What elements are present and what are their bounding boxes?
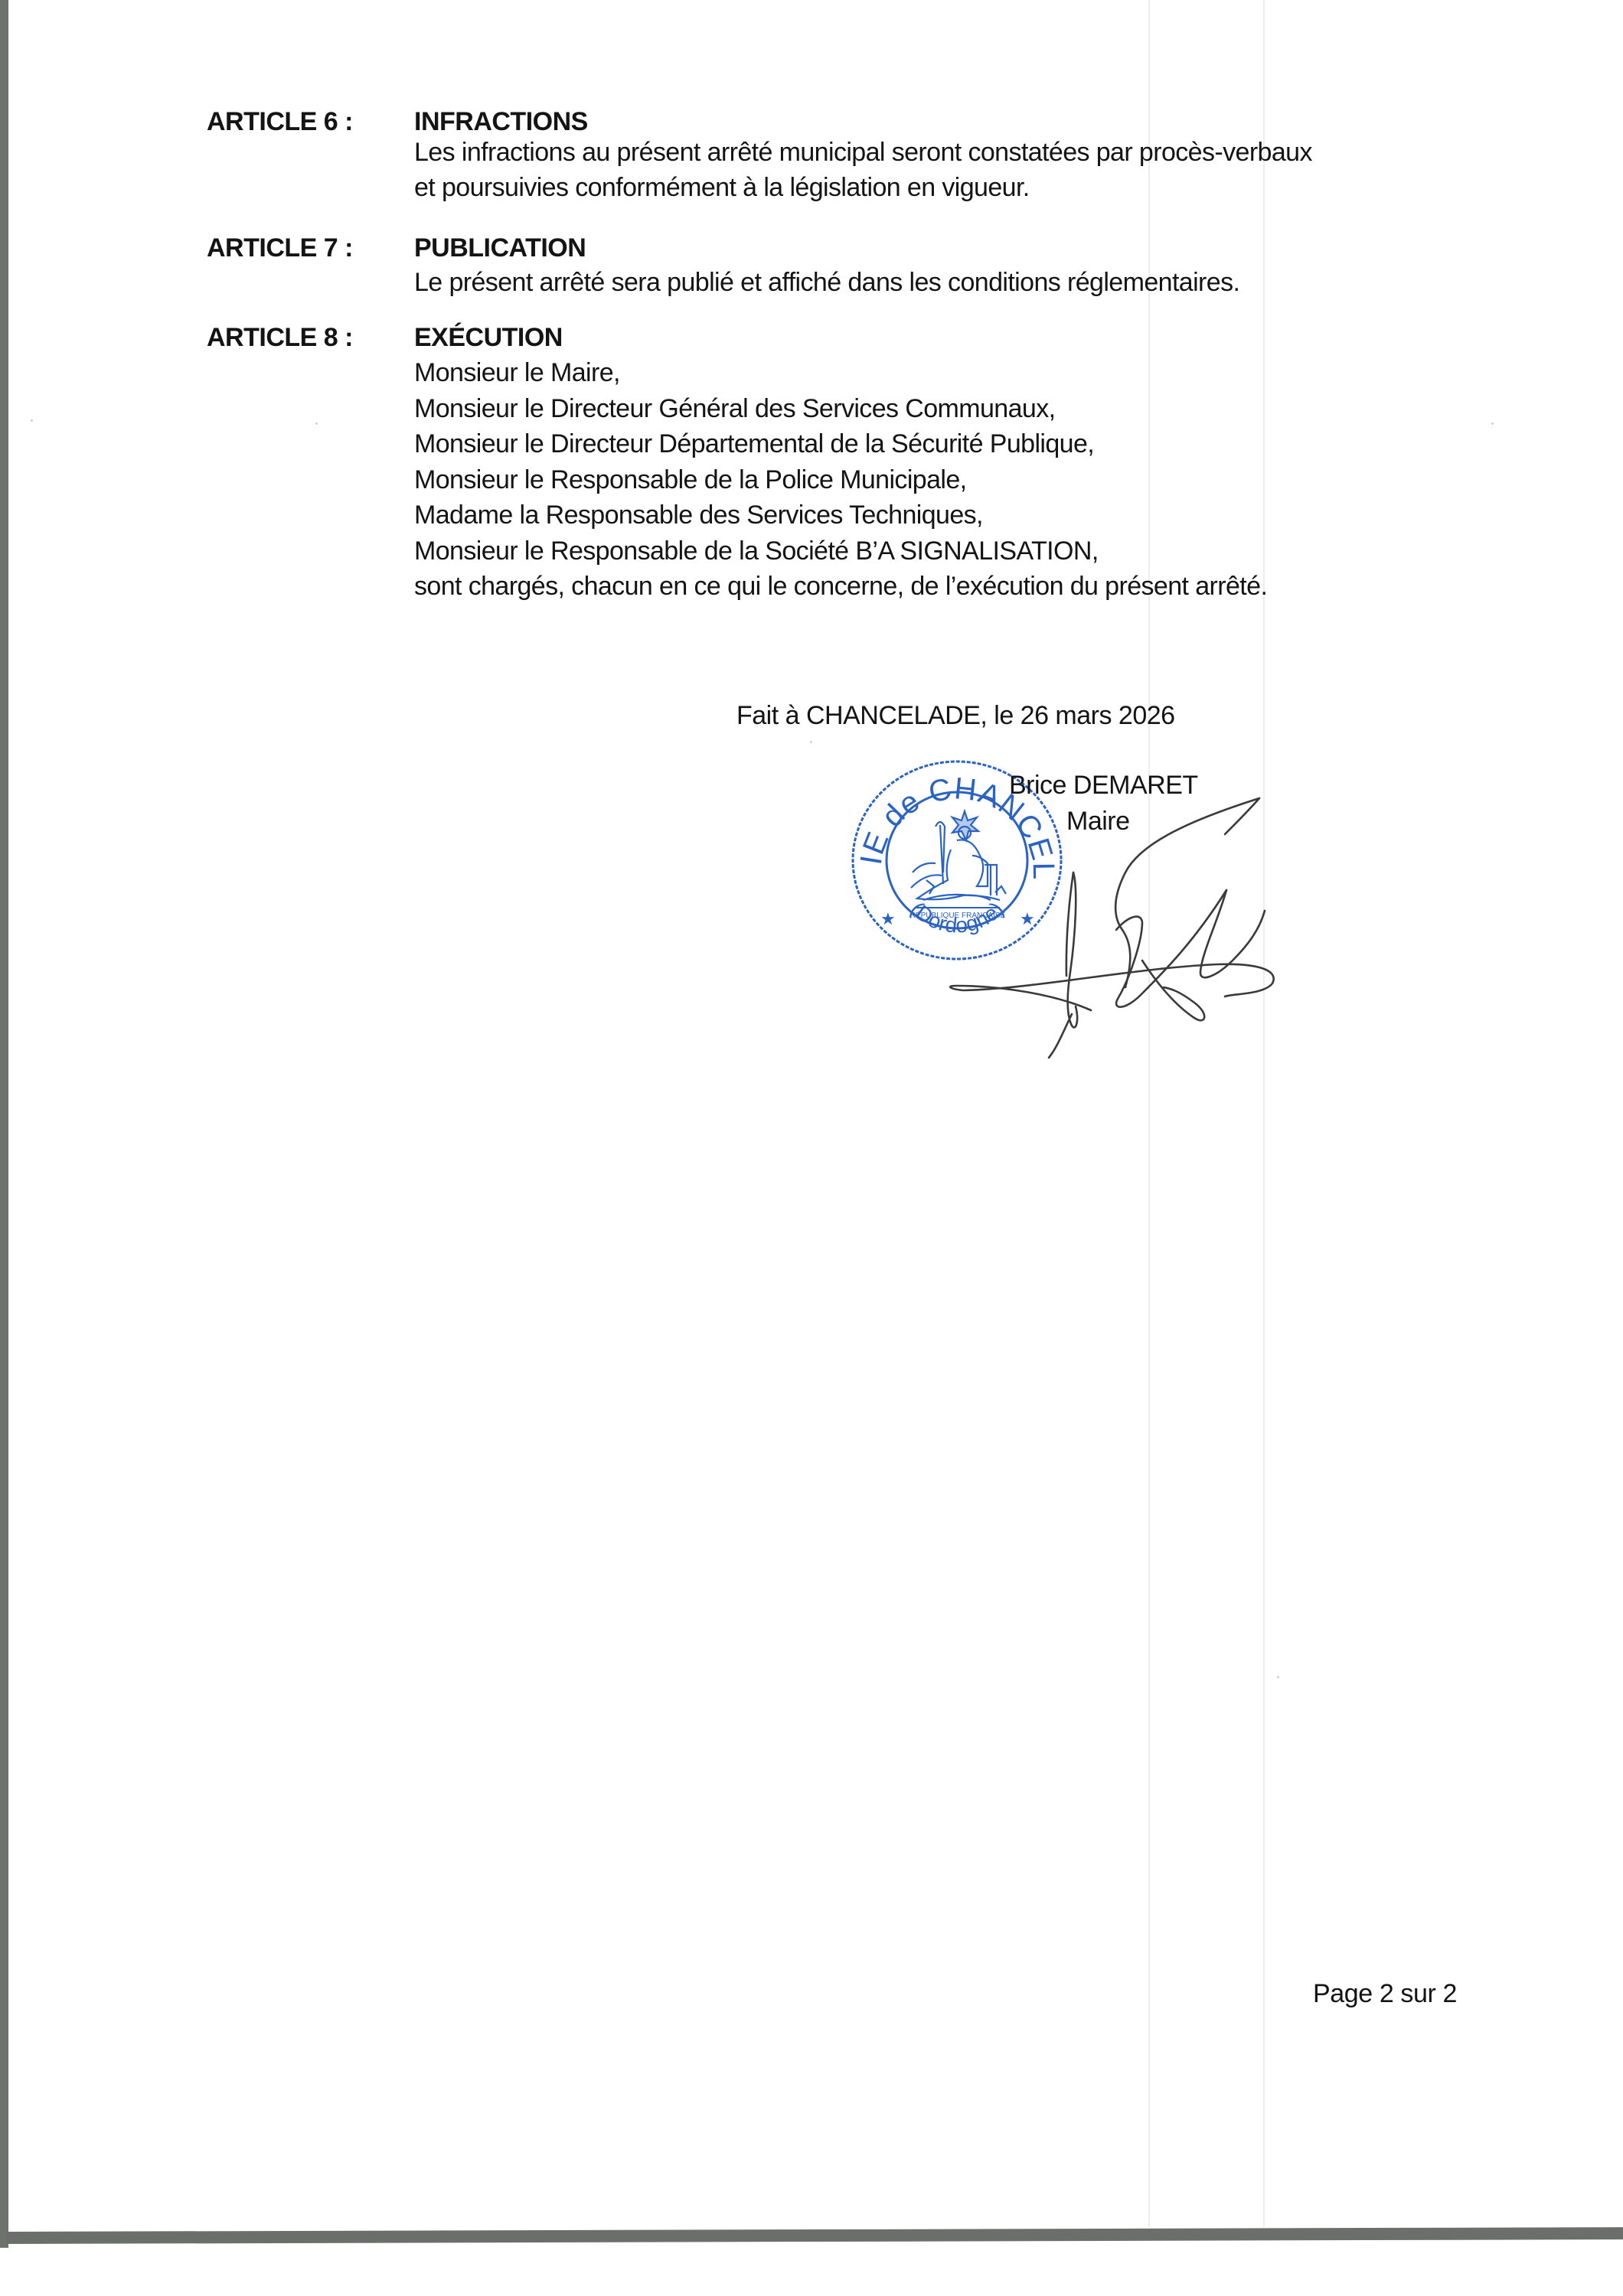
article-text-line: Monsieur le Directeur Départemental de l… bbox=[414, 431, 1094, 457]
article-label: ARTICLE 8 : bbox=[207, 325, 353, 351]
scan-speck bbox=[1277, 1676, 1279, 1678]
article-label: ARTICLE 7 : bbox=[207, 235, 353, 261]
article-text-line: Madame la Responsable des Services Techn… bbox=[414, 502, 983, 528]
scan-speck bbox=[31, 419, 33, 422]
article-text-line: et poursuivies conformément à la législa… bbox=[414, 174, 1030, 201]
article-title: INFRACTIONS bbox=[414, 109, 588, 135]
scan-line bbox=[1148, 0, 1150, 2227]
place-date: Fait à CHANCELADE, le 26 mars 2026 bbox=[736, 703, 1175, 729]
article-text-line: Monsieur le Directeur Général des Servic… bbox=[414, 396, 1055, 422]
article-text-line: sont chargés, chacun en ce qui le concer… bbox=[414, 573, 1267, 599]
page-number: Page 2 sur 2 bbox=[1313, 1981, 1457, 2007]
scan-speck bbox=[315, 422, 318, 425]
scan-edge-left bbox=[0, 0, 8, 2248]
article-label: ARTICLE 6 : bbox=[207, 109, 353, 135]
scan-line bbox=[1263, 0, 1265, 2227]
article-title: PUBLICATION bbox=[414, 235, 586, 261]
stamp-star-left: ★ bbox=[880, 910, 896, 929]
article-text-line: Monsieur le Responsable de la Société B’… bbox=[414, 538, 1099, 564]
scan-speck bbox=[1491, 422, 1494, 425]
article-text-line: Monsieur le Responsable de la Police Mun… bbox=[414, 467, 967, 493]
article-text-line: Monsieur le Maire, bbox=[414, 360, 620, 386]
handwritten-signature-icon bbox=[942, 788, 1294, 1079]
article-text-line: Les infractions au présent arrêté munici… bbox=[414, 139, 1312, 165]
scan-speck bbox=[810, 741, 812, 743]
article-title: EXÉCUTION bbox=[414, 325, 563, 351]
article-text-line: Le présent arrêté sera publié et affiché… bbox=[414, 269, 1239, 295]
scan-edge-bottom bbox=[6, 2227, 1623, 2244]
